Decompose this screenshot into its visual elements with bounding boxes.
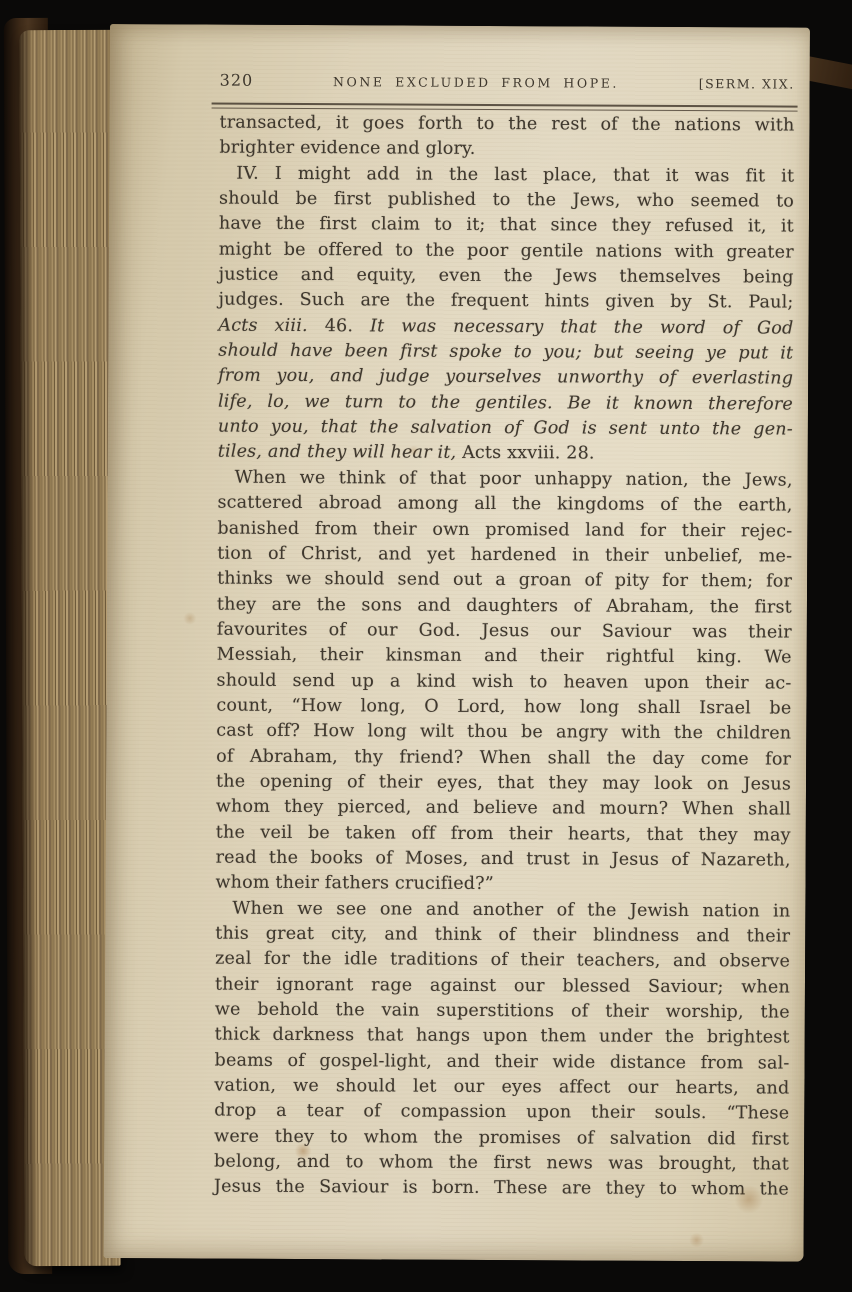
- text-line: tiles, and they will hear it, Acts xxvii…: [218, 440, 793, 468]
- book-page: 320 NONE EXCLUDED FROM HOPE. [SERM. XIX.…: [104, 24, 810, 1262]
- text-line: should have been first spoke to you; but…: [218, 339, 793, 367]
- italic-text-segment: tiles, and they will hear it,: [218, 442, 462, 463]
- italic-text-segment: from you, and judge yourselves unworthy …: [218, 366, 793, 389]
- text-segment: belong, and to whom the first news was b…: [214, 1152, 789, 1175]
- text-line: life, lo, we turn to the gentiles. Be it…: [218, 389, 793, 417]
- text-line: justice and equity, even the Jews themse…: [219, 263, 794, 291]
- text-line: banished from their own promised land fo…: [217, 516, 792, 544]
- text-segment: judges. Such are the frequent hints give…: [219, 290, 794, 313]
- text-line: were they to whom the promises of salvat…: [214, 1124, 789, 1152]
- italic-text-segment: It was necessary that the word of God: [370, 316, 793, 338]
- text-segment: read the books of Moses, and trust in Je…: [216, 848, 791, 871]
- text-segment: scattered abroad among all the kingdoms …: [217, 493, 792, 516]
- text-line: When we see one and another of the Jewis…: [215, 896, 790, 924]
- text-segment: zeal for the idle traditions of their te…: [215, 949, 790, 972]
- scan-background: 320 NONE EXCLUDED FROM HOPE. [SERM. XIX.…: [0, 0, 852, 1292]
- text-line: their ignorant rage against our blessed …: [215, 972, 790, 1000]
- text-line: whom their fathers crucified?”: [215, 871, 790, 899]
- text-segment: the veil be taken off from their hearts,…: [216, 822, 791, 845]
- text-segment: whom their fathers crucified?”: [215, 873, 494, 894]
- text-segment: When we see one and another of the Jewis…: [232, 898, 790, 921]
- text-line: this great city, and think of their blin…: [215, 922, 790, 950]
- text-segment: should send up a kind wish to heaven upo…: [217, 670, 792, 693]
- text-line: we behold the vain superstitions of thei…: [215, 998, 790, 1026]
- text-line: When we think of that poor unhappy natio…: [218, 465, 793, 493]
- text-segment: Messiah, their kinsman and their rightfu…: [217, 645, 792, 668]
- text-segment: thick darkness that hangs upon them unde…: [215, 1025, 790, 1048]
- text-segment: their ignorant rage against our blessed …: [215, 974, 790, 997]
- italic-text-segment: unto you, that the salvation of God is s…: [218, 417, 793, 440]
- text-line: from you, and judge yourselves unworthy …: [218, 364, 793, 392]
- text-segment: they are the sons and daughters of Abrah…: [217, 594, 792, 617]
- text-segment: should be first published to the Jews, w…: [219, 189, 794, 212]
- text-segment: might be offered to the poor gentile nat…: [219, 239, 794, 262]
- text-segment: drop a tear of compassion upon their sou…: [214, 1101, 789, 1124]
- italic-text-segment: Acts xiii.: [218, 315, 324, 336]
- text-segment: we behold the vain superstitions of thei…: [215, 1000, 790, 1023]
- text-segment: IV. I might add in the last place, that …: [236, 163, 794, 186]
- sermon-number-label: [SERM. XIX.: [699, 76, 795, 92]
- text-line: tion of Christ, and yet hardened in thei…: [217, 541, 792, 569]
- text-line: IV. I might add in the last place, that …: [219, 161, 794, 189]
- text-line: cast off? How long wilt thou be angry wi…: [216, 719, 791, 747]
- text-segment: Jesus the Saviour is born. These are the…: [214, 1177, 789, 1200]
- text-line: thick darkness that hangs upon them unde…: [215, 1023, 790, 1051]
- text-segment: this great city, and think of their blin…: [215, 924, 790, 947]
- text-line: whom they pierced, and believe and mourn…: [216, 795, 791, 823]
- italic-text-segment: should have been first spoke to you; but…: [218, 341, 793, 364]
- text-line: brighter evidence and glory.: [219, 136, 794, 164]
- text-line: unto you, that the salvation of God is s…: [218, 415, 793, 443]
- text-segment: transacted, it goes forth to the rest of…: [219, 113, 794, 136]
- text-segment: favourites of our God. Jesus our Saviour…: [217, 619, 792, 642]
- text-line: drop a tear of compassion upon their sou…: [214, 1099, 789, 1127]
- text-segment: Acts xxviii. 28.: [462, 443, 595, 464]
- text-line: Acts xiii. 46. It was necessary that the…: [218, 313, 793, 341]
- text-line: vation, we should let our eyes affect ou…: [214, 1074, 789, 1102]
- text-segment: cast off? How long wilt thou be angry wi…: [216, 721, 791, 744]
- text-line: have the first claim to it; that since t…: [219, 212, 794, 240]
- text-line: should be first published to the Jews, w…: [219, 187, 794, 215]
- text-line: read the books of Moses, and trust in Je…: [216, 846, 791, 874]
- text-line: zeal for the idle traditions of their te…: [215, 947, 790, 975]
- paper-stain: [689, 1233, 705, 1247]
- text-segment: count, “How long, O Lord, how long shall…: [216, 695, 791, 718]
- text-segment: vation, we should let our eyes affect ou…: [214, 1076, 789, 1099]
- text-segment: beams of gospel-light, and their wide di…: [215, 1050, 790, 1073]
- text-segment: brighter evidence and glory.: [219, 138, 475, 159]
- page-header: 320 NONE EXCLUDED FROM HOPE. [SERM. XIX.: [220, 71, 795, 93]
- text-segment: tion of Christ, and yet hardened in thei…: [217, 543, 792, 566]
- text-segment: the opening of their eyes, that they may…: [216, 772, 791, 795]
- text-line: the veil be taken off from their hearts,…: [216, 820, 791, 848]
- text-line: transacted, it goes forth to the rest of…: [219, 111, 794, 139]
- text-segment: justice and equity, even the Jews themse…: [219, 265, 794, 288]
- text-segment: have the first claim to it; that since t…: [219, 214, 794, 237]
- text-line: beams of gospel-light, and their wide di…: [215, 1048, 790, 1076]
- text-segment: thinks we should send out a groan of pit…: [217, 569, 792, 592]
- text-line: count, “How long, O Lord, how long shall…: [216, 693, 791, 721]
- text-line: the opening of their eyes, that they may…: [216, 770, 791, 798]
- text-segment: were they to whom the promises of salvat…: [214, 1126, 789, 1149]
- text-line: Messiah, their kinsman and their rightfu…: [217, 643, 792, 671]
- text-line: might be offered to the poor gentile nat…: [219, 237, 794, 265]
- running-title: NONE EXCLUDED FROM HOPE.: [253, 74, 699, 91]
- text-line: they are the sons and daughters of Abrah…: [217, 592, 792, 620]
- text-line: Jesus the Saviour is born. These are the…: [214, 1175, 789, 1203]
- text-segment: of Abraham, thy friend? When shall the d…: [216, 746, 791, 769]
- text-segment: 46.: [325, 316, 370, 336]
- page-text: transacted, it goes forth to the rest of…: [214, 111, 795, 1204]
- text-line: thinks we should send out a groan of pit…: [217, 567, 792, 595]
- page-number: 320: [220, 71, 254, 90]
- text-line: should send up a kind wish to heaven upo…: [216, 668, 791, 696]
- text-segment: whom they pierced, and believe and mourn…: [216, 797, 791, 820]
- paper-stain: [183, 612, 197, 624]
- text-line: scattered abroad among all the kingdoms …: [217, 491, 792, 519]
- text-segment: banished from their own promised land fo…: [217, 518, 792, 541]
- text-line: judges. Such are the frequent hints give…: [218, 288, 793, 316]
- text-line: favourites of our God. Jesus our Saviour…: [217, 617, 792, 645]
- text-segment: When we think of that poor unhappy natio…: [235, 467, 793, 490]
- text-line: of Abraham, thy friend? When shall the d…: [216, 744, 791, 772]
- text-line: belong, and to whom the first news was b…: [214, 1150, 789, 1178]
- italic-text-segment: life, lo, we turn to the gentiles. Be it…: [218, 391, 793, 414]
